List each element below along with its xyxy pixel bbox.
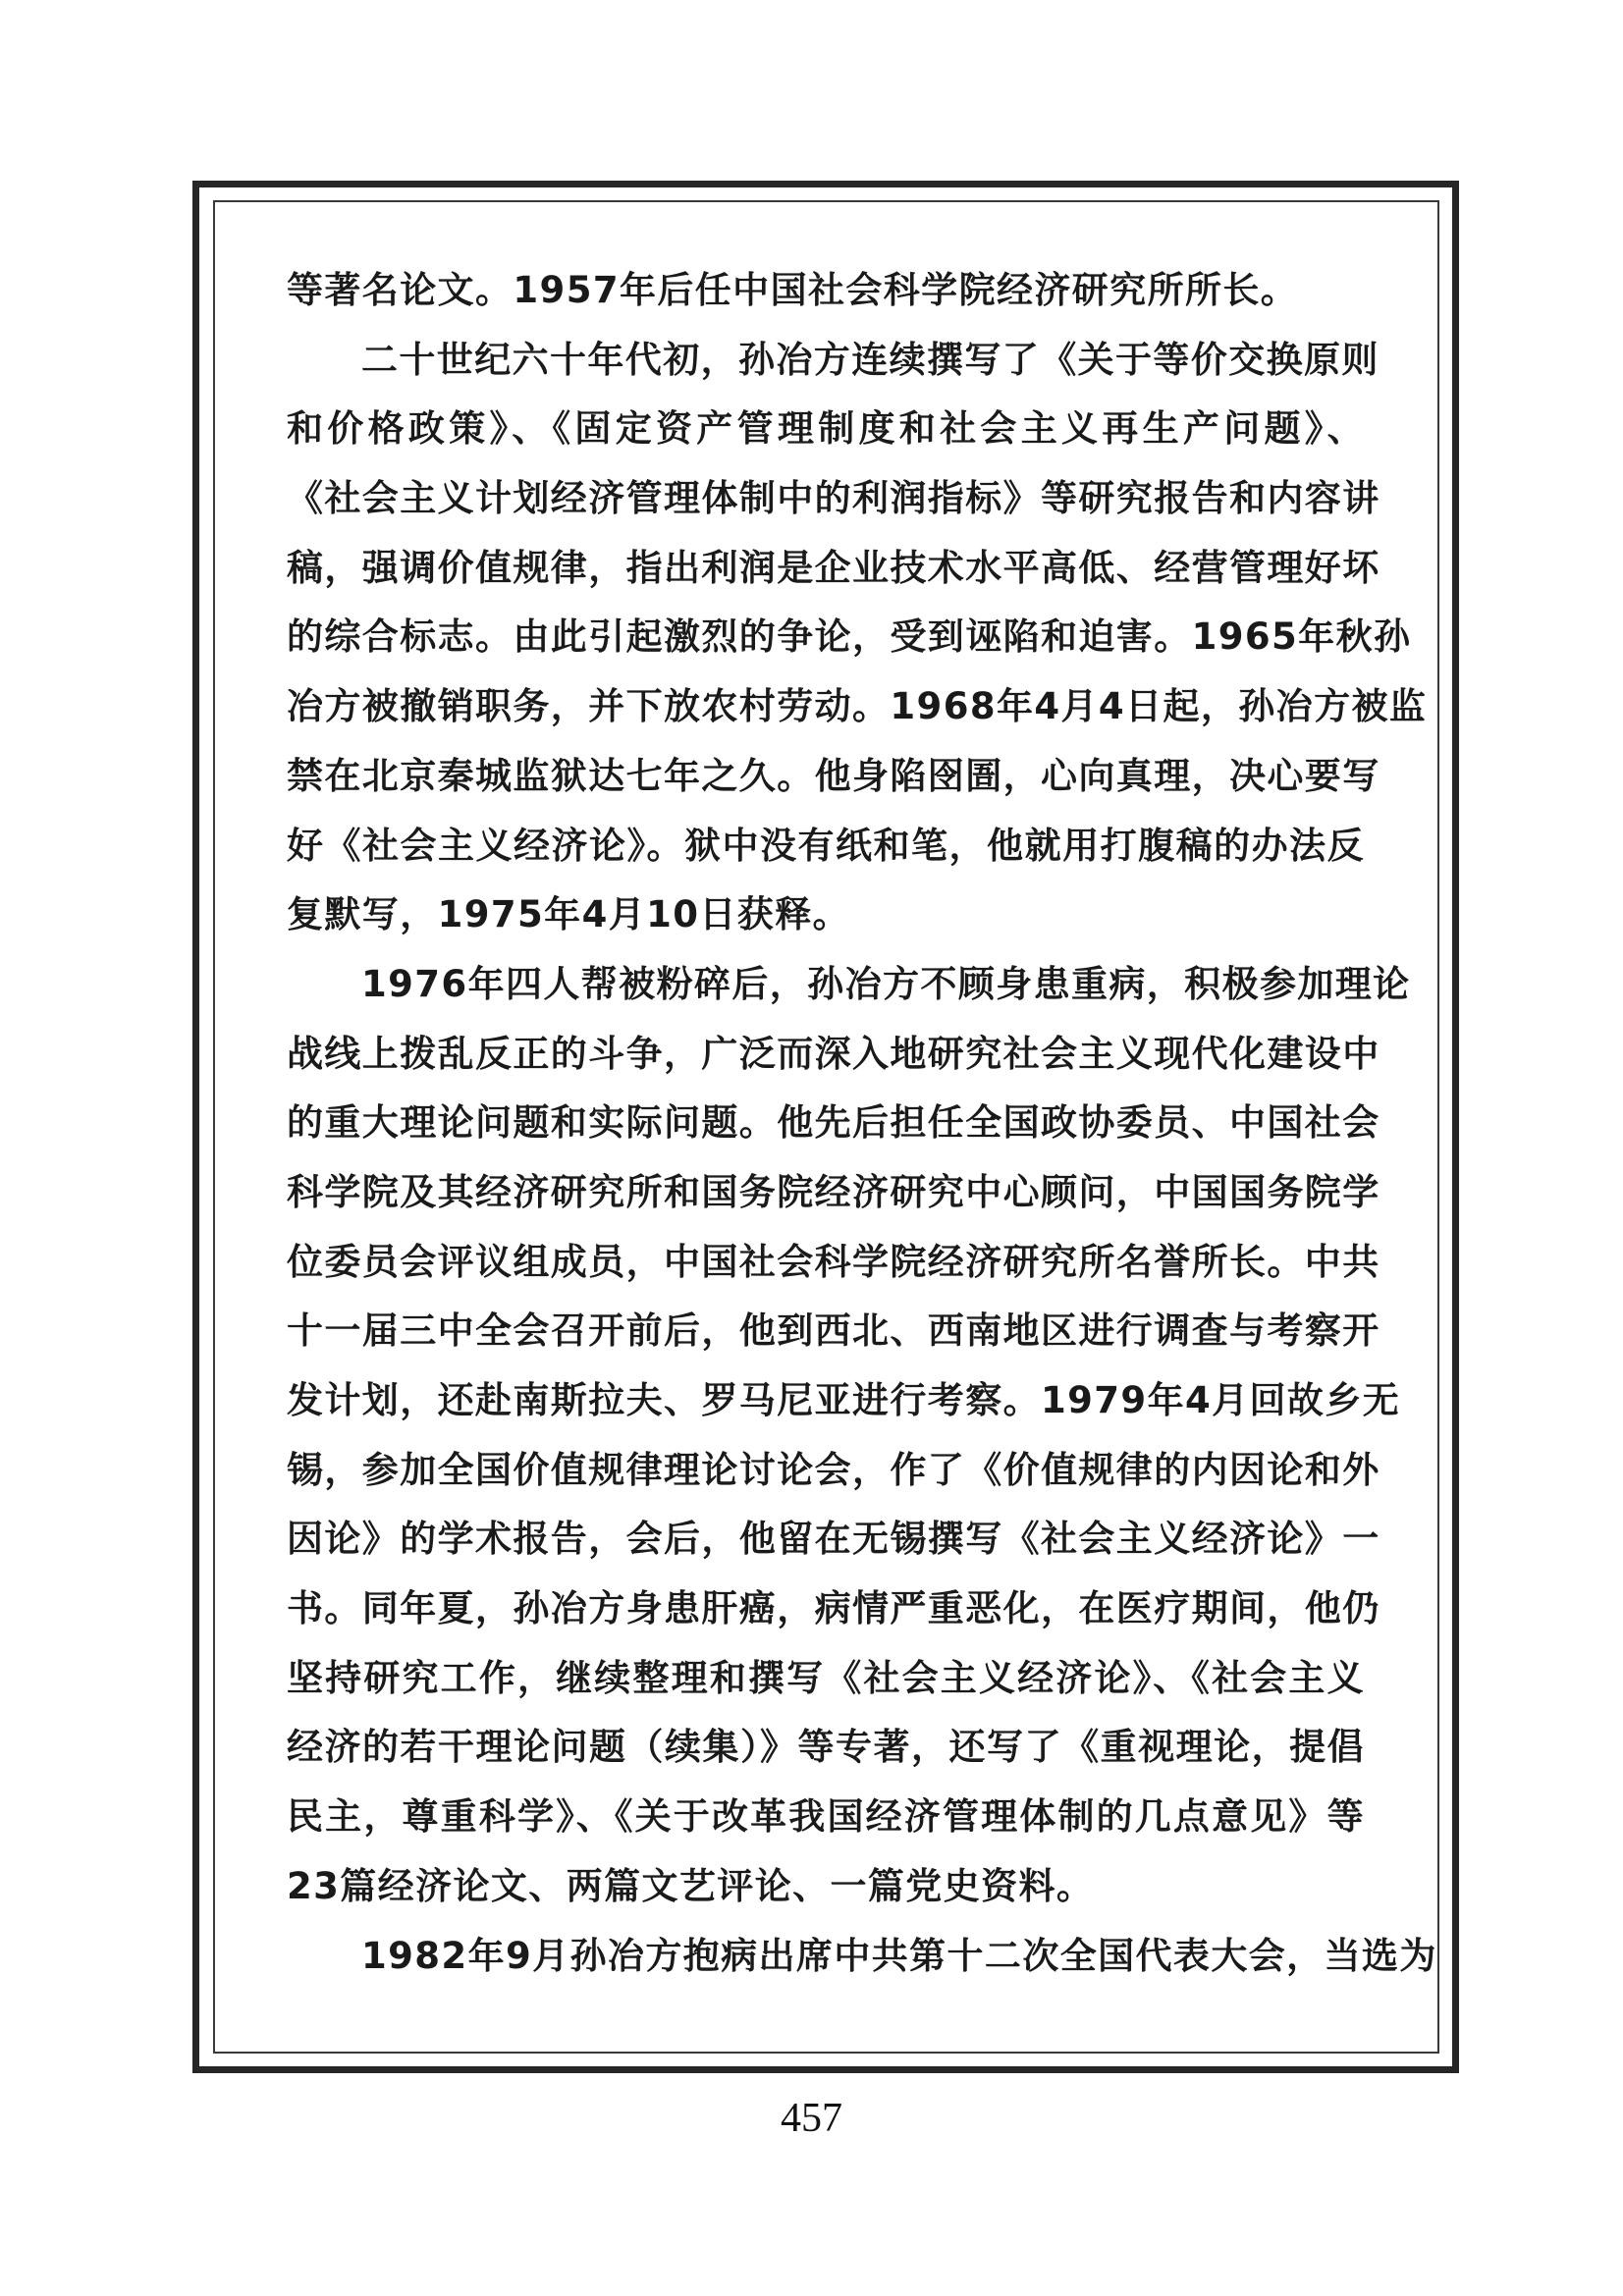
text-line-25: 1982年9月孙冶方抱病出席中共第十二次全国代表大会，当选为: [287, 1922, 1365, 1992]
page-number: 457: [0, 2095, 1623, 2142]
text-line-16: 十一届三中全会召开前后，他到西北、西南地区进行调查与考察开: [287, 1297, 1365, 1366]
text-line-11: 1976年四人帮被粉碎后，孙冶方不顾身患重病，积极参加理论: [287, 950, 1365, 1020]
text-line-23: 民主，尊重科学》、《关于改革我国经济管理体制的几点意见》等: [287, 1783, 1365, 1852]
text-line-14: 科学院及其经济研究所和国务院经济研究中心顾问，中国国务院学: [287, 1158, 1365, 1228]
text-line-3: 和价格政策》、《固定资产管理制度和社会主义再生产问题》、: [287, 395, 1365, 464]
text-line-7: 冶方被撤销职务，并下放农村劳动。1968年4月4日起，孙冶方被监: [287, 672, 1365, 742]
text-line-21: 坚持研究工作，继续整理和撰写《社会主义经济论》、《社会主义: [287, 1644, 1365, 1714]
text-line-12: 战线上拨乱反正的斗争，广泛而深入地研究社会主义现代化建设中: [287, 1020, 1365, 1090]
text-line-1: 等著名论文。1957年后任中国社会科学院经济研究所所长。: [287, 256, 1365, 326]
text-line-10: 复默写，1975年4月10日获释。: [287, 881, 1365, 950]
text-line-20: 书。同年夏，孙冶方身患肝癌，病情严重恶化，在医疗期间，他仍: [287, 1575, 1365, 1644]
text-line-13: 的重大理论问题和实际问题。他先后担任全国政协委员、中国社会: [287, 1089, 1365, 1158]
text-line-24: 23篇经济论文、两篇文艺评论、一篇党史资料。: [287, 1852, 1365, 1922]
text-line-6: 的综合标志。由此引起激烈的争论，受到诬陷和迫害。1965年秋孙: [287, 603, 1365, 672]
body-text: 等著名论文。1957年后任中国社会科学院经济研究所所长。 二十世纪六十年代初，孙…: [287, 256, 1365, 1991]
text-line-15: 位委员会评议组成员，中国社会科学院经济研究所名誉所长。中共: [287, 1228, 1365, 1298]
text-line-17: 发计划，还赴南斯拉夫、罗马尼亚进行考察。1979年4月回故乡无: [287, 1366, 1365, 1436]
text-line-19: 因论》的学术报告，会后，他留在无锡撰写《社会主义经济论》一: [287, 1505, 1365, 1575]
text-line-4: 《社会主义计划经济管理体制中的利润指标》等研究报告和内容讲: [287, 464, 1365, 534]
text-line-5: 稿，强调价值规律，指出利润是企业技术水平高低、经营管理好坏: [287, 534, 1365, 604]
text-line-18: 锡，参加全国价值规律理论讨论会，作了《价值规律的内因论和外: [287, 1436, 1365, 1506]
text-line-9: 好《社会主义经济论》。狱中没有纸和笔，他就用打腹稿的办法反: [287, 812, 1365, 881]
text-line-22: 经济的若干理论问题（续集）》等专著，还写了《重视理论，提倡: [287, 1713, 1365, 1783]
text-line-2: 二十世纪六十年代初，孙冶方连续撰写了《关于等价交换原则: [287, 326, 1365, 396]
text-line-8: 禁在北京秦城监狱达七年之久。他身陷囹圄，心向真理，决心要写: [287, 742, 1365, 812]
